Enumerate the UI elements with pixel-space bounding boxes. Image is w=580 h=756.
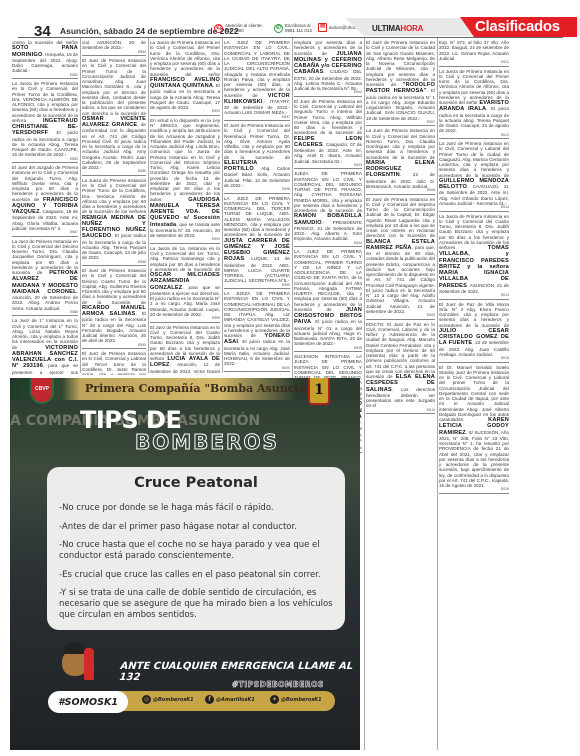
classified-ad: LA JUEZ DE PRIMERA INSTANCIA EN LO CIVIL…	[294, 249, 362, 352]
column-divider	[80, 38, 81, 373]
page-date: Asunción, sábado 24 de septiembre de 202…	[60, 26, 239, 36]
org-name: Primera Compañía "Bomba Asunción"	[85, 382, 320, 395]
tip-item: -No cruce por donde se le haga más fácil…	[59, 503, 339, 514]
classified-ad: La Juez de 1° Instancia en lo Civil y Co…	[12, 318, 78, 375]
social-twitter[interactable]: ✦ @BomberosK1	[270, 695, 322, 704]
tip-item: -Es crucial que cruce las calles en el p…	[59, 570, 339, 581]
tip-item: -No cruce hasta que el coche no se haya …	[59, 540, 339, 562]
classified-ad: La Jueza de Primera Instancia en lo Civi…	[150, 40, 220, 116]
instagram-icon: ◎	[142, 695, 151, 704]
classified-ad: La Jueza de Primera Instancia en lo Civi…	[12, 81, 78, 163]
classifieds-column-1: contra la sucesión del Señor SOTO PANA M…	[12, 40, 78, 375]
contact-whatsapp: ✆ Escribinos al0981 111 013	[274, 23, 312, 33]
classified-ad: La Juez de Primera Instancia en lo Civil…	[439, 141, 509, 212]
classified-ad: El Juez de Primera Instancia en lo Civil…	[82, 58, 146, 176]
classified-ad: El Dr. Manuel Geraldo Sotelo Stanley Jue…	[439, 365, 509, 494]
bulldog-firefighter-mascot-icon	[62, 638, 96, 682]
classified-ad: La Jueza de Primera Instancia en lo Civi…	[439, 214, 509, 300]
facebook-icon: f	[205, 695, 214, 704]
ultimahora-logo: ULTIMAHORA	[372, 24, 423, 33]
classified-ad: El Juez de Primera Instancia en lo Civil…	[82, 351, 146, 375]
bomberos-title: BOMBEROS	[135, 430, 279, 454]
cbvp-shield-icon: CBVP	[30, 378, 54, 404]
column-divider	[148, 38, 149, 373]
twitter-icon: ✦	[270, 695, 279, 704]
bomberos-tips-banner: A COMPAÑIA BOMBA ASUNCIÓN CBVP Primera C…	[10, 378, 360, 750]
mail-icon: ✉	[318, 23, 327, 32]
header-divider	[18, 37, 563, 38]
classified-ad: LA JUEZ DE PRIMERA INSTANCIA EN LO CIVIL…	[224, 196, 290, 290]
classified-ad: El Juez de Primera Instancia en lo Civil…	[82, 268, 146, 349]
tip-item: -Antes de dar el primer paso hágase nota…	[59, 522, 339, 533]
card-title: Cruce Peatonal	[47, 475, 345, 491]
classifieds-column-2: cial. ASUNCIÓN, 20 de Setiembre de 2022.…	[82, 40, 146, 375]
classifieds-column-3: La Jueza de Primera Instancia en lo Civi…	[150, 40, 220, 375]
classified-ad: El Juez de Primera Instancia en lo Civil…	[366, 197, 435, 320]
classified-ad: El Juez de Primera Instancia en lo Civil…	[224, 123, 290, 194]
tips-list: -No cruce por donde se le haga más fácil…	[59, 503, 339, 629]
somos-hashtag: #SOMOSK1	[48, 691, 128, 713]
classified-ad: Exp. N° 672, al folio 27 vlto. Año 2022.…	[439, 40, 509, 67]
contact-phone: ✆ Atención al cliente:415 7000	[214, 23, 263, 33]
hashtag: #TIPSDEBOMBEROS	[232, 680, 324, 689]
classified-ad: emplaza por sesenta días a herederos y a…	[294, 40, 362, 97]
social-instagram[interactable]: ◎ @BomberosK1	[142, 695, 194, 704]
phone-icon: ✆	[214, 24, 223, 33]
page-header: 34 Asunción, sábado 24 de septiembre de …	[0, 0, 580, 36]
classified-ad: La Jueza de Primera Instancia en lo Civi…	[82, 178, 146, 266]
classified-ad: La Juez de Primera Instancia en lo Civil…	[366, 128, 435, 194]
whatsapp-icon: ✆	[274, 24, 283, 33]
classified-ad: En virtud a lo dispuesto en la Ley N° 49…	[150, 118, 220, 244]
classified-ad: El Juez de Primera Instancia en lo Civil…	[294, 99, 362, 170]
hydrant-icon	[84, 648, 94, 680]
classified-ad: La Jueza de Primera Instancia en lo Civi…	[439, 69, 509, 140]
classified-ad: LA JUEZA DE PRIMERA INSTANCIA EN LO CIVI…	[224, 291, 290, 372]
classified-ad: La Jueza de 1a. Instancia en lo Civil y …	[150, 246, 220, 323]
tip-item: -Y si se trata de una calle de doble sen…	[59, 588, 339, 621]
column-divider	[364, 38, 365, 750]
section-title: Clasificados	[475, 18, 560, 35]
social-facebook[interactable]: f @AmarillosK1	[205, 695, 255, 704]
tips-card: Cruce Peatonal -No cruce por donde se le…	[47, 467, 345, 630]
column-divider	[437, 38, 438, 750]
classified-ad: El Juez de Primera Instancia en lo Civil…	[366, 40, 435, 126]
classified-ad: El Juez de Paz de Villa Morra Sria. N° 2…	[439, 302, 509, 363]
classified-ad: EDICTO: El Juez de Paz en lo Civil, Come…	[366, 322, 435, 415]
classified-ad: LA JUEZ DE PRIMERA INSTANCIA EN LO CIVIL…	[224, 40, 290, 121]
classified-ad: JUEZA DE PRIMERA INSTANCIA EN LO CIVIL Y…	[294, 171, 362, 247]
classified-ad: El Juez del Juzgado de Primera Instancia…	[12, 165, 78, 237]
classified-ad: contra la sucesión del Señor SOTO PANA M…	[12, 40, 78, 79]
company-number-badge-icon: 1	[308, 378, 330, 405]
classified-ad: cial. ASUNCIÓN, 20 de Setiembre de 2022.…	[82, 40, 146, 56]
classifieds-column-6: El Juez de Primera Instancia en lo Civil…	[366, 40, 435, 750]
classified-ad: El Juez de Primera Instancia en lo Civil…	[224, 374, 290, 375]
classified-ad: El Juez de Primera Instancia en lo Civil…	[150, 325, 220, 376]
classifieds-column-4: LA JUEZ DE PRIMERA INSTANCIA EN LO CIVIL…	[224, 40, 290, 375]
classifieds-column-7: Exp. N° 672, al folio 27 vlto. Año 2022.…	[439, 40, 509, 750]
column-divider	[222, 38, 223, 373]
classified-ad: La Juez de Primera Instancia en lo Civil…	[12, 239, 78, 317]
